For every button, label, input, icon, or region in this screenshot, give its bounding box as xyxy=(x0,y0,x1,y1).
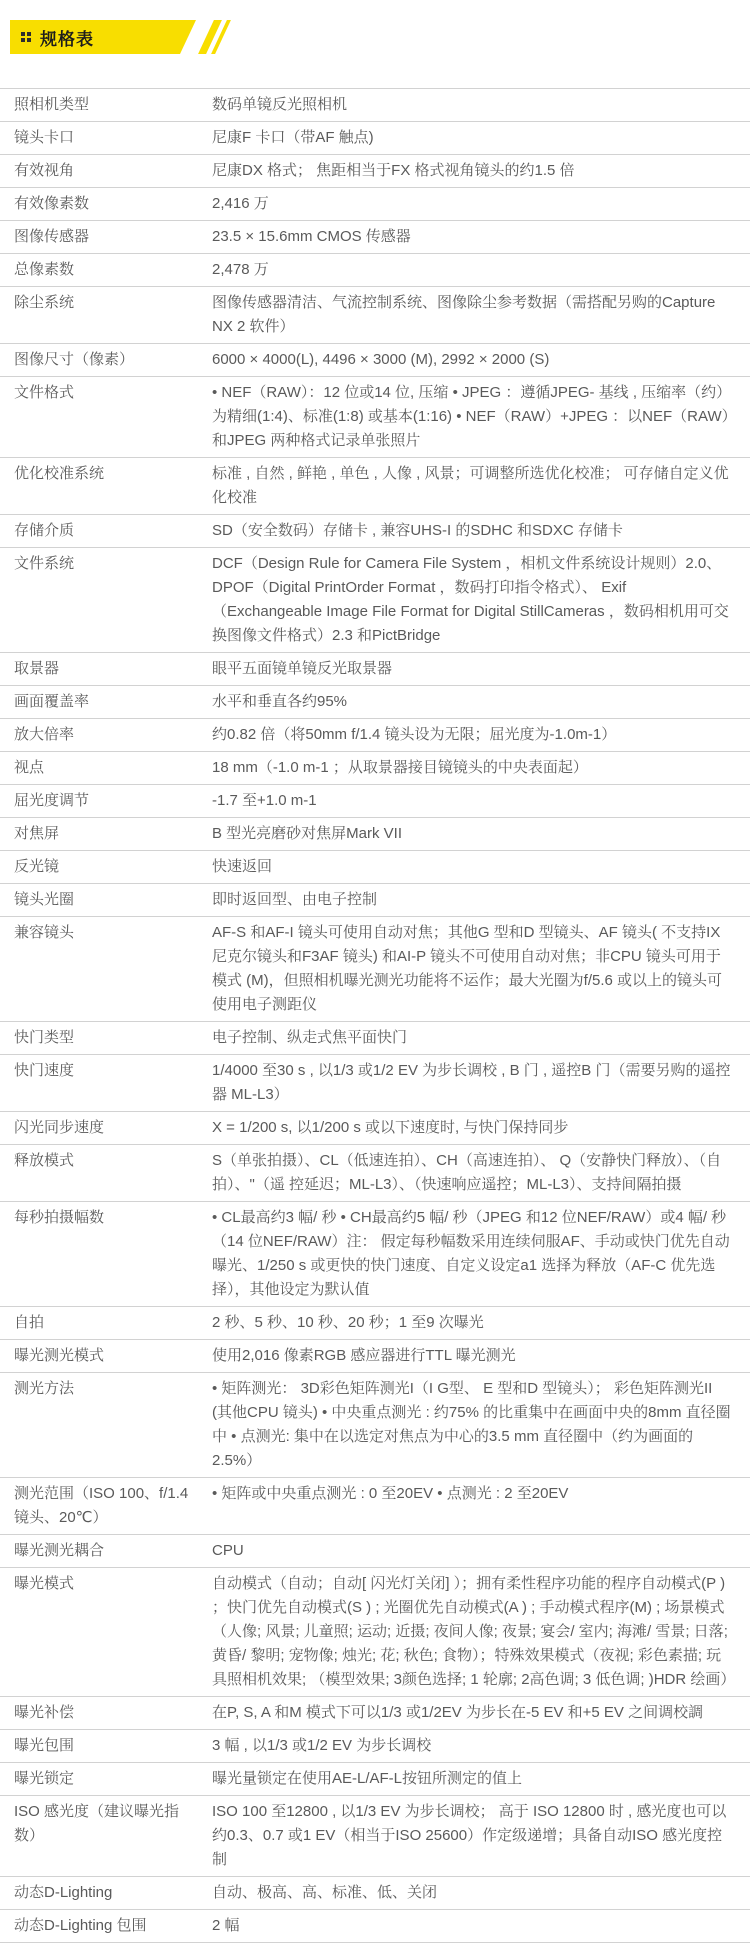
spec-value: -1.7 至+1.0 m-1 xyxy=(212,789,750,813)
spec-label: 兼容镜头 xyxy=(0,921,212,945)
spec-label: 曝光补偿 xyxy=(0,1701,212,1725)
spec-value: 2 秒、5 秒、10 秒、20 秒；1 至9 次曝光 xyxy=(212,1311,750,1335)
spec-value: 曝光量锁定在使用AE-L/AF-L按钮所测定的值上 xyxy=(212,1767,750,1791)
spec-label: 有效像素数 xyxy=(0,192,212,216)
spec-value: • NEF（RAW）：12 位或14 位, 压缩 • JPEG ：遵循JPEG-… xyxy=(212,381,750,453)
spec-label: 每秒拍摄幅数 xyxy=(0,1206,212,1230)
spec-value: 2 幅 xyxy=(212,1914,750,1938)
table-row: 图像传感器23.5 × 15.6mm CMOS 传感器 xyxy=(0,221,750,254)
spec-value: 3 幅 , 以1/3 或1/2 EV 为步长调校 xyxy=(212,1734,750,1758)
table-row: 动态D-Lighting 包围2 幅 xyxy=(0,1910,750,1943)
table-row: 释放模式S（单张拍摄）、CL（低速连拍）、CH（高速连拍）、 Q（安静快门释放）… xyxy=(0,1145,750,1202)
spec-label: 图像传感器 xyxy=(0,225,212,249)
spec-value: 标准 , 自然 , 鲜艳 , 单色 , 人像 , 风景；可调整所选优化校准； 可… xyxy=(212,462,750,510)
spec-label: 总像素数 xyxy=(0,258,212,282)
spec-value: 18 mm（-1.0 m-1 ；从取景器接目镜镜头的中央表面起） xyxy=(212,756,750,780)
spec-label: 文件系统 xyxy=(0,552,212,576)
table-row: 画面覆盖率水平和垂直各约95% xyxy=(0,686,750,719)
spec-value: 2,416 万 xyxy=(212,192,750,216)
spec-value: 即时返回型、由电子控制 xyxy=(212,888,750,912)
spec-label: 自拍 xyxy=(0,1311,212,1335)
spec-label: 曝光测光耦合 xyxy=(0,1539,212,1563)
spec-value: 图像传感器清洁、气流控制系统、图像除尘参考数据（需搭配另购的Capture NX… xyxy=(212,291,750,339)
table-row: 曝光模式自动模式（自动；自动[ 闪光灯关闭] ）；拥有柔性程序功能的程序自动模式… xyxy=(0,1568,750,1697)
spec-value: SD（安全数码）存储卡 , 兼容UHS-I 的SDHC 和SDXC 存储卡 xyxy=(212,519,750,543)
spec-value: S（单张拍摄）、CL（低速连拍）、CH（高速连拍）、 Q（安静快门释放）、（自拍… xyxy=(212,1149,750,1197)
spec-label: 视点 xyxy=(0,756,212,780)
spec-label: 取景器 xyxy=(0,657,212,681)
spec-page: 规格表 照相机类型数码单镜反光照相机镜头卡口尼康F 卡口（带AF 触点)有效视角… xyxy=(0,20,750,1943)
table-row: 曝光补偿在P, S, A 和M 模式下可以1/3 或1/2EV 为步长在-5 E… xyxy=(0,1697,750,1730)
spec-label: 闪光同步速度 xyxy=(0,1116,212,1140)
table-row: 测光方法• 矩阵测光： 3D彩色矩阵测光I（I G型、 E 型和D 型镜头）； … xyxy=(0,1373,750,1478)
table-row: 视点18 mm（-1.0 m-1 ；从取景器接目镜镜头的中央表面起） xyxy=(0,752,750,785)
table-row: 镜头光圈即时返回型、由电子控制 xyxy=(0,884,750,917)
spec-label: 曝光包围 xyxy=(0,1734,212,1758)
spec-value: 自动模式（自动；自动[ 闪光灯关闭] ）；拥有柔性程序功能的程序自动模式(P )… xyxy=(212,1572,750,1692)
spec-label: 对焦屏 xyxy=(0,822,212,846)
spec-banner: 规格表 xyxy=(10,20,196,54)
spec-value: 眼平五面镜单镜反光取景器 xyxy=(212,657,750,681)
spec-value: 在P, S, A 和M 模式下可以1/3 或1/2EV 为步长在-5 EV 和+… xyxy=(212,1701,750,1725)
spec-label: 快门速度 xyxy=(0,1059,212,1083)
spec-label: 优化校准系统 xyxy=(0,462,212,486)
spec-value: • 矩阵测光： 3D彩色矩阵测光I（I G型、 E 型和D 型镜头）； 彩色矩阵… xyxy=(212,1377,750,1473)
spec-label: 画面覆盖率 xyxy=(0,690,212,714)
table-row: 快门类型电子控制、纵走式焦平面快门 xyxy=(0,1022,750,1055)
page-title: 规格表 xyxy=(40,25,94,50)
spec-label: 曝光测光模式 xyxy=(0,1344,212,1368)
table-row: 镜头卡口尼康F 卡口（带AF 触点) xyxy=(0,122,750,155)
spec-label: 测光方法 xyxy=(0,1377,212,1401)
spec-value: 尼康DX 格式； 焦距相当于FX 格式视角镜头的约1.5 倍 xyxy=(212,159,750,183)
table-row: 快门速度1/4000 至30 s , 以1/3 或1/2 EV 为步长调校 , … xyxy=(0,1055,750,1112)
table-row: 图像尺寸（像素）6000 × 4000(L), 4496 × 3000 (M),… xyxy=(0,344,750,377)
spec-value: 6000 × 4000(L), 4496 × 3000 (M), 2992 × … xyxy=(212,348,750,372)
spec-value: CPU xyxy=(212,1539,750,1563)
table-row: 存储介质SD（安全数码）存储卡 , 兼容UHS-I 的SDHC 和SDXC 存储… xyxy=(0,515,750,548)
spec-label: 快门类型 xyxy=(0,1026,212,1050)
spec-label: 曝光锁定 xyxy=(0,1767,212,1791)
spec-label: ISO 感光度（建议曝光指数） xyxy=(0,1800,212,1848)
spec-label: 反光镜 xyxy=(0,855,212,879)
spec-label: 屈光度调节 xyxy=(0,789,212,813)
table-row: 自拍2 秒、5 秒、10 秒、20 秒；1 至9 次曝光 xyxy=(0,1307,750,1340)
spec-label: 镜头卡口 xyxy=(0,126,212,150)
table-row: 有效像素数2,416 万 xyxy=(0,188,750,221)
spec-label: 有效视角 xyxy=(0,159,212,183)
spec-label: 存储介质 xyxy=(0,519,212,543)
table-row: 曝光测光模式使用2,016 像素RGB 感应器进行TTL 曝光测光 xyxy=(0,1340,750,1373)
spec-label: 曝光模式 xyxy=(0,1572,212,1596)
table-row: 文件系统DCF（Design Rule for Camera File Syst… xyxy=(0,548,750,653)
spec-value: • 矩阵或中央重点测光 : 0 至20EV • 点测光 : 2 至20EV xyxy=(212,1482,750,1506)
table-row: 动态D-Lighting自动、极高、高、标准、低、关闭 xyxy=(0,1877,750,1910)
table-row: 放大倍率约0.82 倍（将50mm f/1.4 镜头设为无限；屈光度为-1.0m… xyxy=(0,719,750,752)
table-row: 曝光包围3 幅 , 以1/3 或1/2 EV 为步长调校 xyxy=(0,1730,750,1763)
spec-value: 1/4000 至30 s , 以1/3 或1/2 EV 为步长调校 , B 门 … xyxy=(212,1059,750,1107)
spec-value: 水平和垂直各约95% xyxy=(212,690,750,714)
spec-value: AF-S 和AF-I 镜头可使用自动对焦；其他G 型和D 型镜头、AF 镜头( … xyxy=(212,921,750,1017)
spec-value: 2,478 万 xyxy=(212,258,750,282)
table-row: 每秒拍摄幅数• CL最高约3 幅/ 秒 • CH最高约5 幅/ 秒（JPEG 和… xyxy=(0,1202,750,1307)
spec-label: 照相机类型 xyxy=(0,93,212,117)
spec-value: 电子控制、纵走式焦平面快门 xyxy=(212,1026,750,1050)
spec-value: • CL最高约3 幅/ 秒 • CH最高约5 幅/ 秒（JPEG 和12 位NE… xyxy=(212,1206,750,1302)
spec-label: 镜头光圈 xyxy=(0,888,212,912)
spec-value: 自动、极高、高、标准、低、关闭 xyxy=(212,1881,750,1905)
spec-label: 文件格式 xyxy=(0,381,212,405)
table-row: 对焦屏B 型光亮磨砂对焦屏Mark VII xyxy=(0,818,750,851)
table-row: 取景器眼平五面镜单镜反光取景器 xyxy=(0,653,750,686)
table-row: 除尘系统图像传感器清洁、气流控制系统、图像除尘参考数据（需搭配另购的Captur… xyxy=(0,287,750,344)
table-row: 有效视角尼康DX 格式； 焦距相当于FX 格式视角镜头的约1.5 倍 xyxy=(0,155,750,188)
spec-label: 动态D-Lighting xyxy=(0,1881,212,1905)
table-row: 兼容镜头AF-S 和AF-I 镜头可使用自动对焦；其他G 型和D 型镜头、AF … xyxy=(0,917,750,1022)
table-row: 曝光锁定曝光量锁定在使用AE-L/AF-L按钮所测定的值上 xyxy=(0,1763,750,1796)
spec-value: 使用2,016 像素RGB 感应器进行TTL 曝光测光 xyxy=(212,1344,750,1368)
spec-label: 除尘系统 xyxy=(0,291,212,315)
grid-dots-icon xyxy=(21,32,31,42)
spec-label: 动态D-Lighting 包围 xyxy=(0,1914,212,1938)
spec-value: X = 1/200 s, 以1/200 s 或以下速度时, 与快门保持同步 xyxy=(212,1116,750,1140)
table-row: 照相机类型数码单镜反光照相机 xyxy=(0,89,750,122)
spec-label: 测光范围（ISO 100、f/1.4 镜头、20℃） xyxy=(0,1482,212,1530)
spec-value: B 型光亮磨砂对焦屏Mark VII xyxy=(212,822,750,846)
spec-value: 快速返回 xyxy=(212,855,750,879)
spec-value: ISO 100 至12800 , 以1/3 EV 为步长调校； 高于 ISO 1… xyxy=(212,1800,750,1872)
section-banner: 规格表 xyxy=(10,20,750,54)
table-row: 文件格式• NEF（RAW）：12 位或14 位, 压缩 • JPEG ：遵循J… xyxy=(0,377,750,458)
table-row: 闪光同步速度X = 1/200 s, 以1/200 s 或以下速度时, 与快门保… xyxy=(0,1112,750,1145)
spec-label: 图像尺寸（像素） xyxy=(0,348,212,372)
spec-label: 放大倍率 xyxy=(0,723,212,747)
table-row: 优化校准系统标准 , 自然 , 鲜艳 , 单色 , 人像 , 风景；可调整所选优… xyxy=(0,458,750,515)
spec-table: 照相机类型数码单镜反光照相机镜头卡口尼康F 卡口（带AF 触点)有效视角尼康DX… xyxy=(0,88,750,1943)
table-row: 测光范围（ISO 100、f/1.4 镜头、20℃）• 矩阵或中央重点测光 : … xyxy=(0,1478,750,1535)
spec-value: 23.5 × 15.6mm CMOS 传感器 xyxy=(212,225,750,249)
table-row: 反光镜快速返回 xyxy=(0,851,750,884)
spec-value: 数码单镜反光照相机 xyxy=(212,93,750,117)
spec-label: 释放模式 xyxy=(0,1149,212,1173)
spec-value: 尼康F 卡口（带AF 触点) xyxy=(212,126,750,150)
table-row: 曝光测光耦合CPU xyxy=(0,1535,750,1568)
table-row: 屈光度调节-1.7 至+1.0 m-1 xyxy=(0,785,750,818)
table-row: ISO 感光度（建议曝光指数）ISO 100 至12800 , 以1/3 EV … xyxy=(0,1796,750,1877)
spec-value: DCF（Design Rule for Camera File System ，… xyxy=(212,552,750,648)
spec-value: 约0.82 倍（将50mm f/1.4 镜头设为无限；屈光度为-1.0m-1） xyxy=(212,723,750,747)
table-row: 总像素数2,478 万 xyxy=(0,254,750,287)
